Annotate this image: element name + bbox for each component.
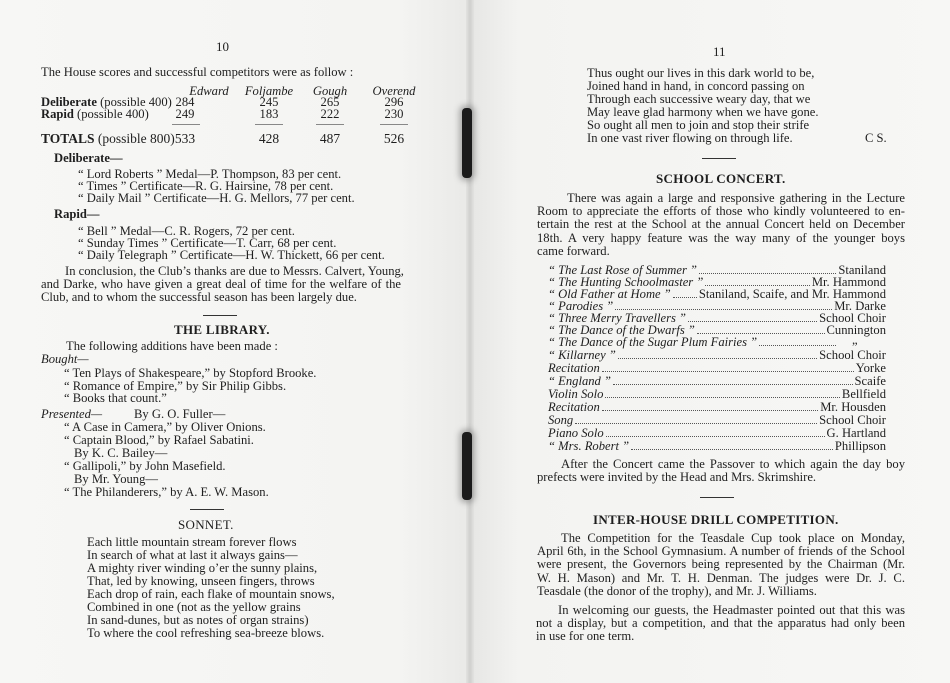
bought-label: Bought—	[41, 353, 89, 366]
sonnet-heading: SONNET.	[178, 518, 234, 531]
sonnet-line: In one vast river flowing on through lif…	[587, 132, 793, 145]
row-label: Rapid	[41, 107, 74, 121]
score-cell: 526	[364, 131, 424, 147]
text-line: 18th. A very happy feature was the way m…	[537, 232, 905, 245]
score-row-totals: TOTALS (possible 800) 533 428 487 526	[41, 131, 175, 144]
concert-heading: SCHOOL CONCERT.	[656, 172, 786, 185]
text-line: W. H. Mason) and Mr. T. H. Denman. The j…	[537, 572, 905, 585]
section-divider	[190, 509, 224, 510]
sum-rule	[316, 124, 344, 125]
score-cell: 230	[364, 107, 424, 122]
score-cell: 533	[165, 131, 205, 147]
programme-item: “ Mrs. Robert ”Phillipson	[548, 439, 886, 452]
row-label: TOTALS	[41, 131, 95, 146]
leader-dots	[615, 309, 832, 310]
programme-item: RecitationYorke	[548, 361, 886, 374]
booklet-spread: 10 The House scores and successful compe…	[0, 0, 950, 683]
leader-dots	[688, 321, 817, 322]
text-line: in use for one term.	[536, 630, 905, 643]
sum-rule	[172, 124, 200, 125]
score-cell: 222	[300, 107, 360, 122]
spine-fold	[466, 0, 474, 683]
library-heading: THE LIBRARY.	[174, 323, 270, 336]
section-divider	[702, 158, 736, 159]
sum-rule	[255, 124, 283, 125]
programme-item: “ England ”Scaife	[548, 374, 886, 387]
page-number-right: 11	[713, 45, 726, 58]
leader-dots	[575, 423, 817, 424]
leader-dots	[673, 297, 697, 298]
library-intro: The following additions have been made :	[66, 340, 278, 353]
piece-title: “ Mrs. Robert ”	[548, 439, 629, 454]
deliberate-heading: Deliberate—	[54, 152, 123, 165]
programme-item: Violin SoloBellfield	[548, 387, 886, 400]
book-entry: “ The Philanderers,” by A. E. W. Mason.	[64, 486, 269, 499]
award-line: “ Daily Mail ” Certificate—H. G. Mellors…	[78, 192, 355, 205]
text-line: Teasdale (the donor of the trophy), and …	[537, 585, 905, 598]
concert-after-paragraph: After the Concert came the Passover to w…	[537, 458, 905, 484]
section-divider	[700, 497, 734, 498]
text-line: came forward.	[537, 245, 905, 258]
conclusion-paragraph: In conclusion, the Club’s thanks are due…	[41, 265, 401, 305]
text-line: prefects were invited by the Head and Mr…	[537, 471, 905, 484]
leader-dots	[631, 449, 833, 450]
drill-paragraph-2: In welcoming our guests, the Headmaster …	[536, 604, 905, 644]
leader-dots	[699, 273, 836, 274]
score-cell: 487	[300, 131, 360, 147]
score-cell: 183	[239, 107, 299, 122]
programme-item: “ The Dance of the Sugar Plum Fairies ”	[548, 335, 838, 348]
programme-item: Piano SoloG. Hartland	[548, 426, 886, 439]
score-cell: 428	[239, 131, 299, 147]
row-label-detail: (possible 800)	[95, 131, 175, 146]
drill-paragraph-1: The Competition for the Teasdale Cup too…	[537, 532, 905, 598]
leader-dots	[705, 285, 809, 286]
sonnet-line: To where the cool refreshing sea-breeze …	[87, 627, 324, 640]
leader-dots	[602, 410, 818, 411]
leader-dots	[613, 384, 853, 385]
programme-item: SongSchool Choir	[548, 413, 886, 426]
leader-dots	[618, 358, 817, 359]
score-row-rapid: Rapid (possible 400) 249 183 222 230	[41, 107, 149, 120]
text-line: tertain the rest at the School at the an…	[537, 218, 905, 231]
programme-item: RecitationMr. Housden	[548, 400, 886, 413]
award-line: “ Daily Telegraph ” Certificate—H. W. Th…	[78, 249, 385, 262]
sonnet-signature: C S.	[865, 132, 887, 145]
row-label-detail: (possible 400)	[74, 107, 149, 121]
drill-heading: INTER-HOUSE DRILL COMPETITION.	[593, 513, 839, 526]
leader-dots	[602, 371, 854, 372]
sum-rule	[380, 124, 408, 125]
rapid-heading: Rapid—	[54, 208, 100, 221]
scores-intro: The House scores and successful competit…	[41, 66, 353, 79]
section-divider	[203, 315, 237, 316]
leader-dots	[697, 333, 825, 334]
performer: Phillipson	[835, 439, 886, 454]
text-line: were present, the Governors being repres…	[537, 558, 905, 571]
page-number-left: 10	[216, 40, 229, 53]
staple-bottom	[462, 432, 472, 500]
concert-intro: There was again a large and responsive g…	[537, 192, 905, 258]
leader-dots	[605, 397, 840, 398]
staple-top	[462, 108, 472, 178]
score-cell: 249	[165, 107, 205, 122]
leader-dots	[759, 345, 836, 346]
text-line: Club, and to whom the successful season …	[41, 291, 401, 304]
leader-dots	[606, 436, 825, 437]
programme-item: “ Killarney ”School Choir	[548, 348, 886, 361]
book-entry: “ Books that count.”	[64, 392, 167, 405]
